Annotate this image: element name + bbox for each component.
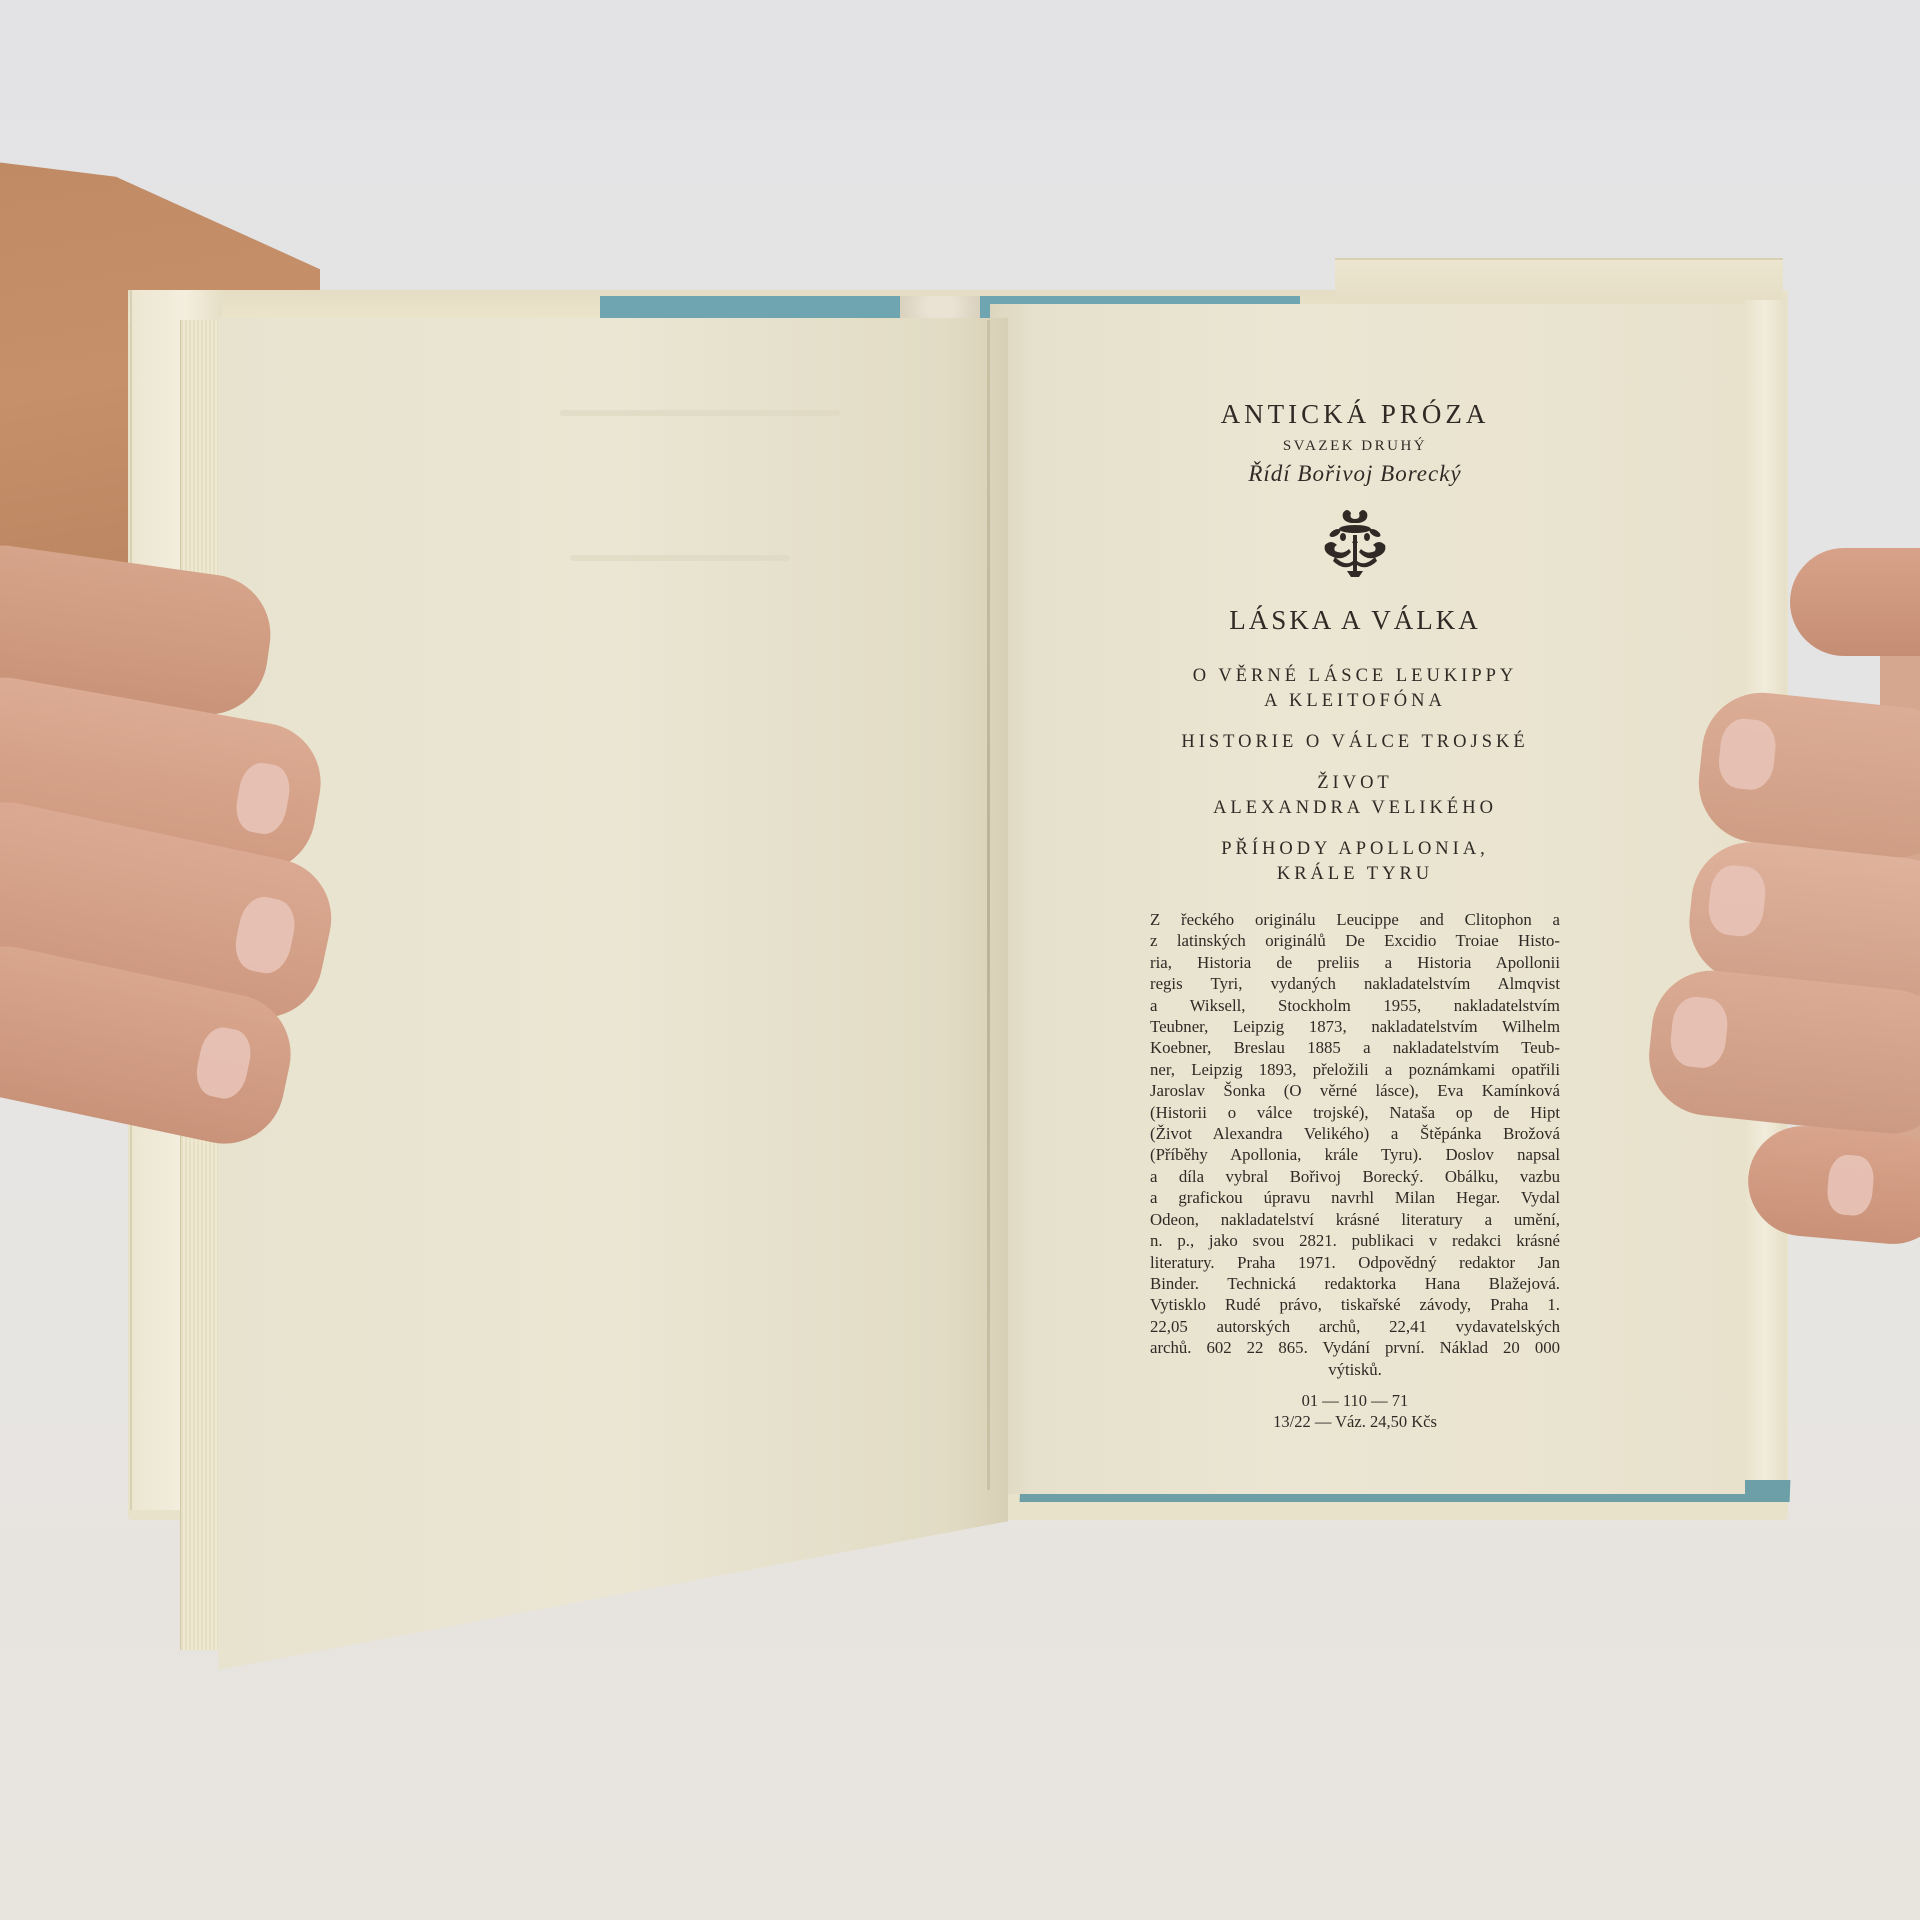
contents-line: PŘÍHODY APOLLONIA, bbox=[1150, 837, 1560, 862]
colophon-line: Teubner, Leipzig 1873, nakladatelstvím W… bbox=[1150, 1016, 1560, 1037]
volume-label: SVAZEK DRUHÝ bbox=[1150, 438, 1560, 455]
colophon-line: Binder. Technická redaktorka Hana Blažej… bbox=[1150, 1273, 1560, 1294]
colophon-line: a díla vybral Bořivoj Borecký. Obálku, v… bbox=[1150, 1166, 1560, 1187]
series-editor: Řídí Bořivoj Borecký bbox=[1150, 461, 1560, 487]
colophon-line: archů. 602 22 865. Vydání první. Náklad … bbox=[1150, 1337, 1560, 1358]
colophon-line: a Wiksell, Stockholm 1955, nakladatelstv… bbox=[1150, 995, 1560, 1016]
colophon-line: Z řeckého originálu Leucippe and Clitoph… bbox=[1150, 909, 1560, 930]
title-page-text: ANTICKÁ PRÓZA SVAZEK DRUHÝ Řídí Bořivoj … bbox=[1150, 395, 1560, 1432]
fingernail bbox=[230, 893, 299, 978]
contents-line: O VĚRNÉ LÁSCE LEUKIPPY bbox=[1150, 664, 1560, 689]
colophon-line: literatury. Praha 1971. Odpovědný redakt… bbox=[1150, 1252, 1560, 1273]
fingernail bbox=[1825, 1153, 1875, 1217]
right-hand-thumb bbox=[1790, 548, 1920, 656]
colophon-line: Odeon, nakladatelství krásné literatury … bbox=[1150, 1209, 1560, 1230]
edition-code: 01 — 110 — 71 bbox=[1150, 1390, 1560, 1411]
fingernail bbox=[1716, 717, 1778, 792]
contents-line: ŽIVOT bbox=[1150, 771, 1560, 796]
colophon-line: (Příběhy Apollonia, krále Tyru). Doslov … bbox=[1150, 1144, 1560, 1165]
headband bbox=[900, 296, 980, 320]
contents-line: A KLEITOFÓNA bbox=[1150, 689, 1560, 714]
colophon-line: n. p., jako svou 2821. publikaci v redak… bbox=[1150, 1230, 1560, 1251]
fingernail bbox=[232, 760, 293, 838]
left-page[interactable] bbox=[218, 318, 1008, 1670]
print-codes: 01 — 110 — 71 13/22 — Váz. 24,50 Kčs bbox=[1150, 1390, 1560, 1432]
colophon-line: Vytisklo Rudé právo, tiskařské závody, P… bbox=[1150, 1294, 1560, 1315]
colophon: Z řeckého originálu Leucippe and Clitoph… bbox=[1150, 909, 1560, 1380]
colophon-line: ner, Leipzig 1893, přeložili a poznámkam… bbox=[1150, 1059, 1560, 1080]
fingernail bbox=[1706, 863, 1768, 938]
book-title: LÁSKA A VÁLKA bbox=[1150, 605, 1560, 636]
contents-item: O VĚRNÉ LÁSCE LEUKIPPY A KLEITOFÓNA bbox=[1150, 664, 1560, 714]
series-title: ANTICKÁ PRÓZA bbox=[1150, 399, 1560, 430]
contents-line: KRÁLE TYRU bbox=[1150, 862, 1560, 887]
show-through-text bbox=[570, 555, 790, 561]
show-through-text bbox=[560, 410, 840, 416]
colophon-line: výtisků. bbox=[1150, 1359, 1560, 1380]
colophon-line: Jaroslav Šonka (O věrné lásce), Eva Kamí… bbox=[1150, 1080, 1560, 1101]
contents-line: ALEXANDRA VELIKÉHO bbox=[1150, 796, 1560, 821]
floral-ornament-icon bbox=[1150, 507, 1560, 579]
contents-line: HISTORIE O VÁLCE TROJSKÉ bbox=[1150, 730, 1560, 755]
contents-item: ŽIVOT ALEXANDRA VELIKÉHO bbox=[1150, 771, 1560, 821]
fingernail bbox=[1668, 995, 1730, 1070]
colophon-line: a grafickou úpravu navrhl Milan Hegar. V… bbox=[1150, 1187, 1560, 1208]
colophon-line: (Historii o válce trojské), Nataša op de… bbox=[1150, 1102, 1560, 1123]
fingernail bbox=[192, 1024, 255, 1103]
colophon-line: ria, Historia de preliis a Historia Apol… bbox=[1150, 952, 1560, 973]
price-code: 13/22 — Váz. 24,50 Kčs bbox=[1150, 1411, 1560, 1432]
colophon-line: z latinských originálů De Excidio Troiae… bbox=[1150, 930, 1560, 951]
colophon-line: Koebner, Breslau 1885 a nakladatelstvím … bbox=[1150, 1037, 1560, 1058]
gutter-stitching bbox=[987, 320, 990, 1490]
colophon-line: 22,05 autorských archů, 22,41 vydavatels… bbox=[1150, 1316, 1560, 1337]
contents-item: PŘÍHODY APOLLONIA, KRÁLE TYRU bbox=[1150, 837, 1560, 887]
colophon-line: (Život Alexandra Velikého) a Štěpánka Br… bbox=[1150, 1123, 1560, 1144]
colophon-line: regis Tyri, vydaných nakladatelstvím Alm… bbox=[1150, 973, 1560, 994]
contents-item: HISTORIE O VÁLCE TROJSKÉ bbox=[1150, 730, 1560, 755]
